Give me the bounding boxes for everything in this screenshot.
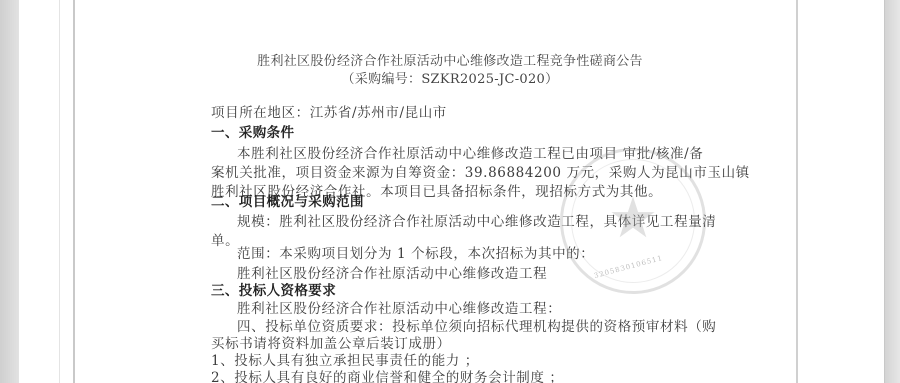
paragraph-line: 单。	[211, 229, 239, 249]
section-heading: 一、采购条件	[211, 121, 294, 141]
paragraph-line: 范围：本采购项目划分为 1 个标段，本次招标为其中的：	[237, 242, 594, 262]
paragraph-line: 2、投标人具有良好的商业信誉和健全的财务会计制度 ；	[211, 366, 563, 383]
section-heading: 三、投标人资格要求	[211, 279, 336, 299]
official-seal: ★ 3205830106511	[560, 148, 706, 294]
scanned-document: 胜利社区股份经济合作社原活动中心维修改造工程竞争性磋商公告 （采购编号：SZKR…	[0, 0, 900, 383]
project-region: 项目所在地区：江苏省/苏州市/昆山市	[211, 101, 447, 121]
paragraph-line: 胜利社区股份经济合作社原活动中心维修改造工程：	[237, 297, 561, 317]
document-title: 胜利社区股份经济合作社原活动中心维修改造工程竞争性磋商公告	[0, 50, 900, 69]
star-icon: ★	[603, 189, 663, 249]
section-heading: 二、项目概况与采购范围	[211, 190, 364, 210]
procurement-number: （采购编号：SZKR2025-JC-020）	[0, 68, 900, 87]
